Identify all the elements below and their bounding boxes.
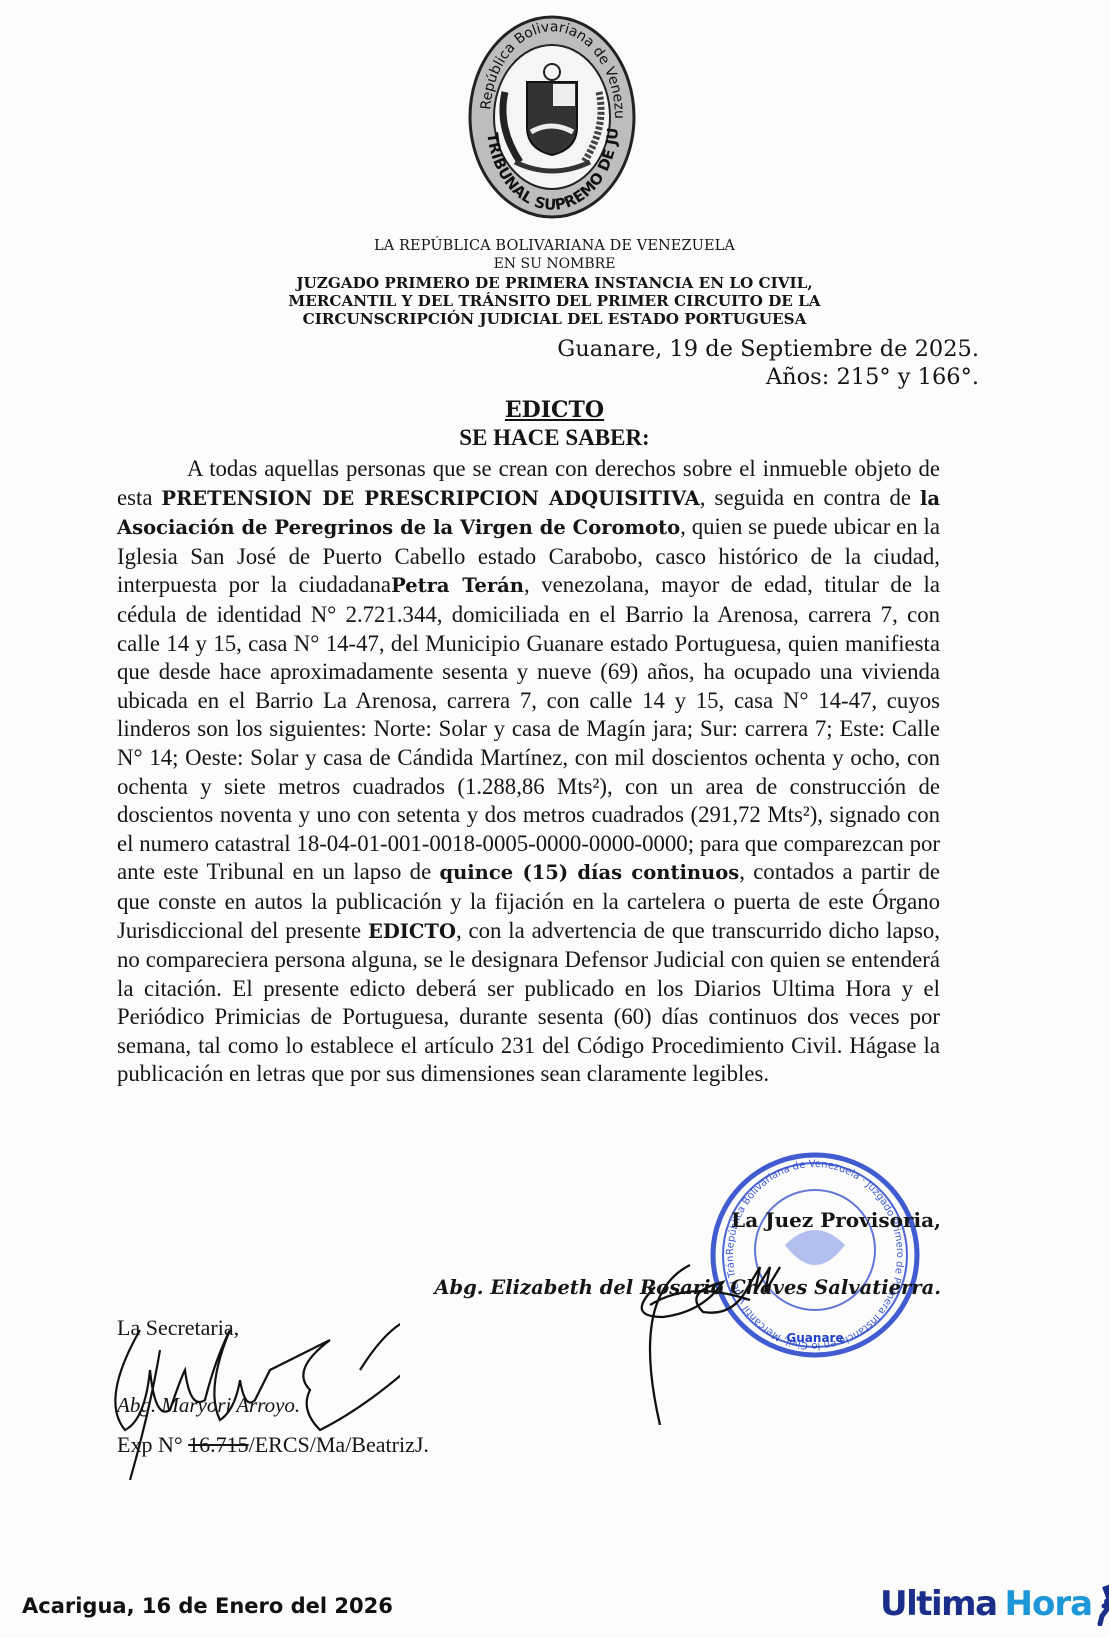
years: Años: 215° y 166°. — [557, 363, 979, 391]
document-title: EDICTO — [0, 397, 1109, 423]
logo-word-ultima: Ultima — [880, 1584, 997, 1624]
ultima-hora-logo: Ultima Hora — [880, 1582, 1109, 1626]
expediente-prefix: Exp N° — [117, 1432, 188, 1457]
bold-segment: quince (15) días continuos — [439, 861, 739, 884]
secretary-name: Abg. Maryori Arroyo. — [117, 1393, 300, 1418]
logo-word-hora: Hora — [1005, 1584, 1093, 1624]
bold-segment: PRETENSION DE PRESCRIPCION ADQUISITIVA — [161, 487, 699, 510]
edict-paragraph: A todas aquellas personas que se crean c… — [117, 455, 940, 1089]
text-segment: , venezolana, mayor de edad, titular de … — [117, 572, 940, 884]
court-line: JUZGADO PRIMERO DE PRIMERA INSTANCIA EN … — [0, 274, 1109, 292]
header-republic: LA REPÚBLICA BOLIVARIANA DE VENEZUELA — [0, 238, 1109, 254]
expediente-rest: /ERCS/Ma/BeatrizJ. — [249, 1432, 429, 1457]
court-name: JUZGADO PRIMERO DE PRIMERA INSTANCIA EN … — [0, 274, 1109, 328]
running-man-icon — [1094, 1582, 1109, 1626]
place-date: Guanare, 19 de Septiembre de 2025. — [557, 335, 979, 363]
judge-signature-icon — [400, 1225, 850, 1425]
date-block: Guanare, 19 de Septiembre de 2025. Años:… — [557, 335, 979, 391]
court-line: MERCANTIL Y DEL TRÁNSITO DEL PRIMER CIRC… — [0, 292, 1109, 310]
header-en-su-nombre: EN SU NOMBRE — [0, 256, 1109, 272]
court-line: CIRCUNSCRIPCIÓN JUDICIAL DEL ESTADO PORT… — [0, 310, 1109, 328]
edict-page: República Bolivariana de Venezuela TRIBU… — [0, 0, 1109, 1638]
edict-body: A todas aquellas personas que se crean c… — [117, 455, 940, 1089]
expediente-number: Exp N° 16.715/ERCS/Ma/BeatrizJ. — [117, 1432, 429, 1458]
secretary-title: La Secretaria, — [117, 1315, 239, 1341]
text-segment: , seguida en contra de — [700, 485, 920, 510]
document-subtitle: SE HACE SABER: — [0, 425, 1109, 451]
publication-date: Acarigua, 16 de Enero del 2026 — [22, 1594, 393, 1618]
expediente-struck: 16.715 — [188, 1432, 249, 1457]
tsj-seal-icon: República Bolivariana de Venezuela TRIBU… — [465, 12, 640, 222]
bold-segment: EDICTO — [368, 920, 456, 943]
bold-segment: Petra Terán — [391, 574, 524, 597]
judge-name: Abg. Elizabeth del Rosario Chaves Salvat… — [434, 1276, 941, 1299]
